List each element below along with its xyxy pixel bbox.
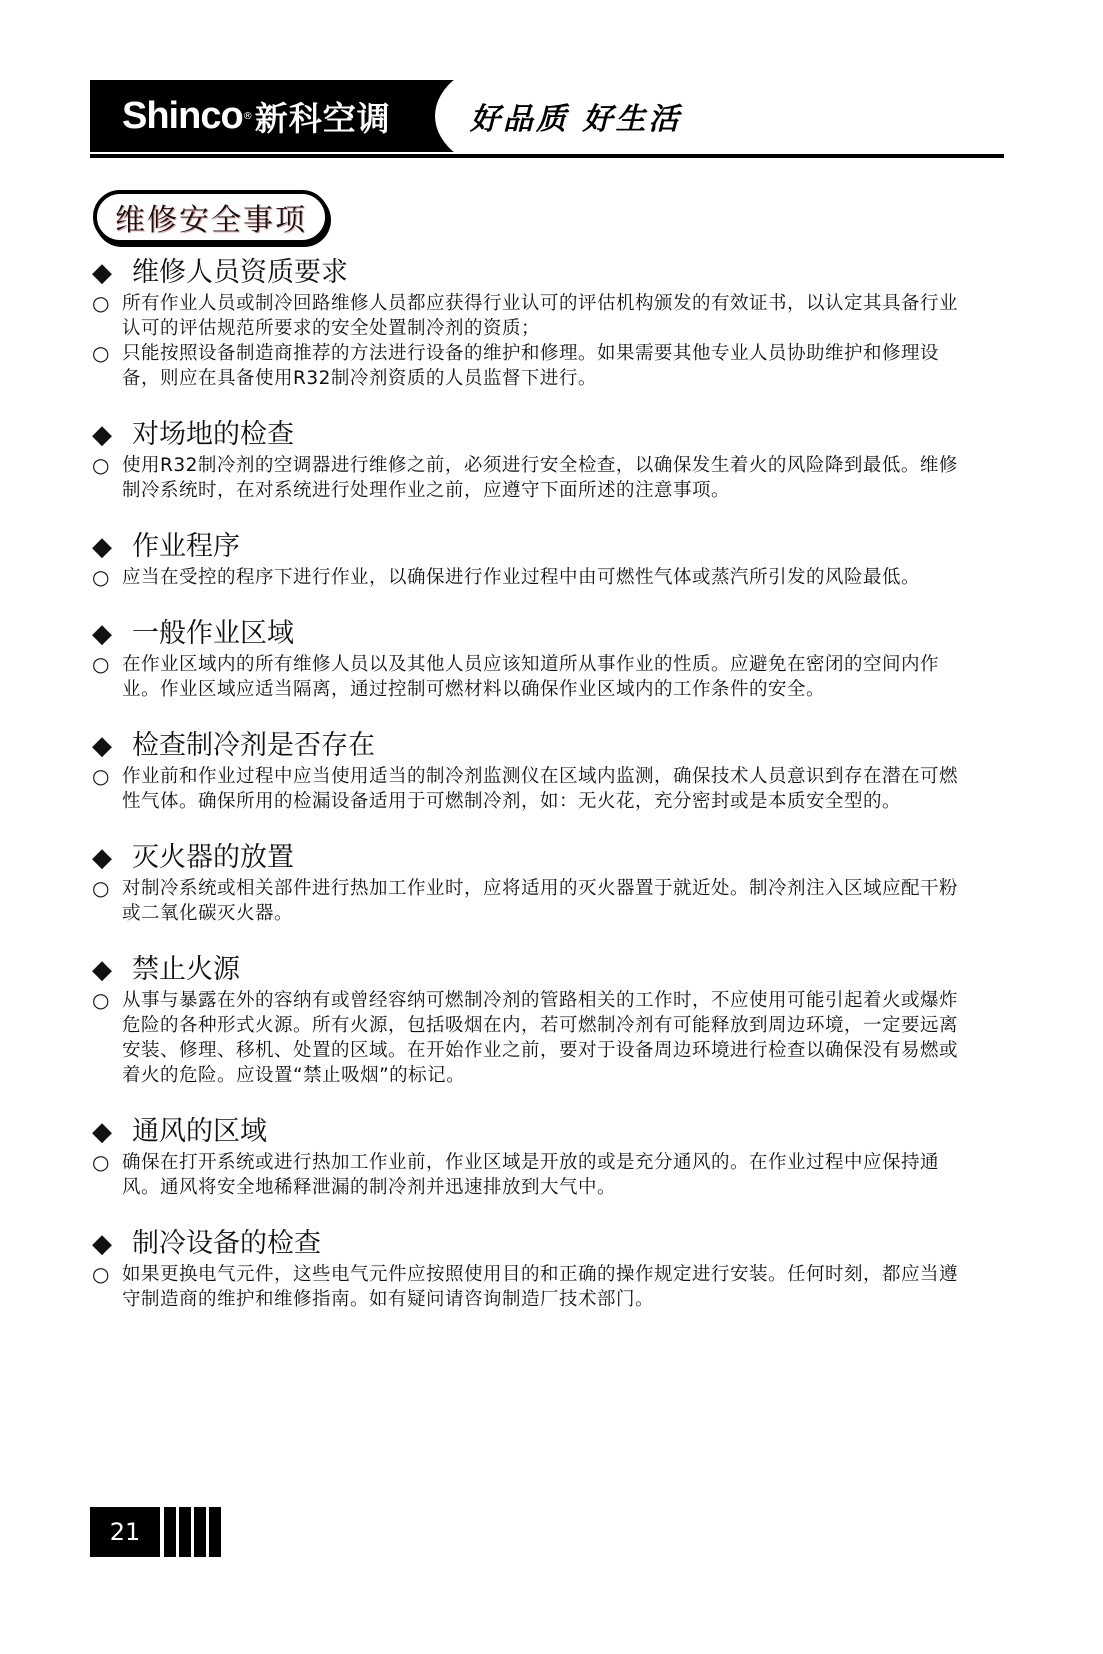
paragraph-text: 从事与暴露在外的容纳有或曾经容纳可燃制冷剂的管路相关的工作时，不应使用可能引起着… [122, 988, 972, 1088]
slogan: 好品质 好生活 [470, 94, 681, 138]
registered-mark: ® [243, 111, 253, 122]
paragraph-text: 使用R32制冷剂的空调器进行维修之前，必须进行安全检查，以确保发生着火的风险降到… [122, 453, 972, 503]
stripe [179, 1507, 191, 1557]
safety-item: ◆检查制冷剂是否存在○作业前和作业过程中应当使用适当的制冷剂监测仪在区域内监测，… [92, 728, 972, 814]
stripe [209, 1507, 221, 1557]
safety-item: ◆禁止火源○从事与暴露在外的容纳有或曾经容纳可燃制冷剂的管路相关的工作时，不应使… [92, 952, 972, 1088]
item-heading: ◆维修人员资质要求 [92, 255, 972, 291]
item-heading: ◆一般作业区域 [92, 616, 972, 652]
circle-bullet-icon: ○ [92, 652, 122, 702]
paragraph-text: 应当在受控的程序下进行作业，以确保进行作业过程中由可燃性气体或蒸汽所引发的风险最… [122, 565, 972, 590]
brand-logo: Shinco ® 新科空调 [90, 80, 445, 152]
item-paragraph: ○使用R32制冷剂的空调器进行维修之前，必须进行安全检查，以确保发生着火的风险降… [92, 453, 972, 503]
item-heading: ◆检查制冷剂是否存在 [92, 728, 972, 764]
brand-name-en: Shinco [122, 95, 243, 138]
stripe [164, 1507, 176, 1557]
page-header: Shinco ® 新科空调 好品质 好生活 [90, 80, 1004, 158]
header-divider [90, 154, 1004, 158]
item-heading: ◆禁止火源 [92, 952, 972, 988]
diamond-bullet-icon: ◆ [92, 952, 132, 988]
circle-bullet-icon: ○ [92, 988, 122, 1088]
diamond-bullet-icon: ◆ [92, 1226, 132, 1262]
footer-stripes-decoration [164, 1507, 224, 1557]
diamond-bullet-icon: ◆ [92, 1114, 132, 1150]
item-heading: ◆灭火器的放置 [92, 840, 972, 876]
safety-item: ◆维修人员资质要求○所有作业人员或制冷回路维修人员都应获得行业认可的评估机构颁发… [92, 255, 972, 391]
paragraph-text: 只能按照设备制造商推荐的方法进行设备的维护和修理。如果需要其他专业人员协助维护和… [122, 341, 972, 391]
diamond-bullet-icon: ◆ [92, 840, 132, 876]
safety-item: ◆灭火器的放置○对制冷系统或相关部件进行热加工作业时，应将适用的灭火器置于就近处… [92, 840, 972, 926]
safety-item: ◆一般作业区域○在作业区域内的所有维修人员以及其他人员应该知道所从事作业的性质。… [92, 616, 972, 702]
circle-bullet-icon: ○ [92, 291, 122, 341]
diamond-bullet-icon: ◆ [92, 255, 132, 291]
item-paragraph: ○从事与暴露在外的容纳有或曾经容纳可燃制冷剂的管路相关的工作时，不应使用可能引起… [92, 988, 972, 1088]
item-heading-text: 对场地的检查 [132, 417, 294, 453]
circle-bullet-icon: ○ [92, 1150, 122, 1200]
diamond-bullet-icon: ◆ [92, 616, 132, 652]
circle-bullet-icon: ○ [92, 876, 122, 926]
circle-bullet-icon: ○ [92, 341, 122, 391]
circle-bullet-icon: ○ [92, 453, 122, 503]
safety-item: ◆制冷设备的检查○如果更换电气元件，这些电气元件应按照使用目的和正确的操作规定进… [92, 1226, 972, 1312]
item-paragraph: ○在作业区域内的所有维修人员以及其他人员应该知道所从事作业的性质。应避免在密闭的… [92, 652, 972, 702]
item-paragraph: ○确保在打开系统或进行热加工作业前，作业区域是开放的或是充分通风的。在作业过程中… [92, 1150, 972, 1200]
circle-bullet-icon: ○ [92, 764, 122, 814]
item-heading-text: 检查制冷剂是否存在 [132, 728, 375, 764]
item-heading-text: 灭火器的放置 [132, 840, 294, 876]
paragraph-text: 作业前和作业过程中应当使用适当的制冷剂监测仪在区域内监测，确保技术人员意识到存在… [122, 764, 972, 814]
item-heading: ◆通风的区域 [92, 1114, 972, 1150]
item-paragraph: ○如果更换电气元件，这些电气元件应按照使用目的和正确的操作规定进行安装。任何时刻… [92, 1262, 972, 1312]
item-paragraph: ○应当在受控的程序下进行作业，以确保进行作业过程中由可燃性气体或蒸汽所引发的风险… [92, 565, 972, 590]
item-paragraph: ○只能按照设备制造商推荐的方法进行设备的维护和修理。如果需要其他专业人员协助维护… [92, 341, 972, 391]
item-paragraph: ○作业前和作业过程中应当使用适当的制冷剂监测仪在区域内监测，确保技术人员意识到存… [92, 764, 972, 814]
item-heading-text: 一般作业区域 [132, 616, 294, 652]
paragraph-text: 在作业区域内的所有维修人员以及其他人员应该知道所从事作业的性质。应避免在密闭的空… [122, 652, 972, 702]
item-heading-text: 通风的区域 [132, 1114, 267, 1150]
paragraph-text: 所有作业人员或制冷回路维修人员都应获得行业认可的评估机构颁发的有效证书，以认定其… [122, 291, 972, 341]
paragraph-text: 确保在打开系统或进行热加工作业前，作业区域是开放的或是充分通风的。在作业过程中应… [122, 1150, 972, 1200]
circle-bullet-icon: ○ [92, 565, 122, 590]
page-number: 21 [90, 1507, 160, 1557]
brand-name-cn: 新科空调 [255, 93, 391, 140]
paragraph-text: 如果更换电气元件，这些电气元件应按照使用目的和正确的操作规定进行安装。任何时刻，… [122, 1262, 972, 1312]
diamond-bullet-icon: ◆ [92, 529, 132, 565]
section-title-text: 维修安全事项 [115, 195, 307, 239]
section-title: 维修安全事项 [93, 190, 329, 244]
paragraph-text: 对制冷系统或相关部件进行热加工作业时，应将适用的灭火器置于就近处。制冷剂注入区域… [122, 876, 972, 926]
circle-bullet-icon: ○ [92, 1262, 122, 1312]
item-heading: ◆作业程序 [92, 529, 972, 565]
safety-item: ◆通风的区域○确保在打开系统或进行热加工作业前，作业区域是开放的或是充分通风的。… [92, 1114, 972, 1200]
safety-items-list: ◆维修人员资质要求○所有作业人员或制冷回路维修人员都应获得行业认可的评估机构颁发… [92, 255, 972, 1338]
safety-item: ◆作业程序○应当在受控的程序下进行作业，以确保进行作业过程中由可燃性气体或蒸汽所… [92, 529, 972, 590]
item-heading-text: 维修人员资质要求 [132, 255, 348, 291]
item-heading-text: 制冷设备的检查 [132, 1226, 321, 1262]
item-heading: ◆对场地的检查 [92, 417, 972, 453]
diamond-bullet-icon: ◆ [92, 417, 132, 453]
page-footer: 21 [90, 1507, 224, 1557]
stripe [194, 1507, 206, 1557]
diamond-bullet-icon: ◆ [92, 728, 132, 764]
item-heading: ◆制冷设备的检查 [92, 1226, 972, 1262]
safety-item: ◆对场地的检查○使用R32制冷剂的空调器进行维修之前，必须进行安全检查，以确保发… [92, 417, 972, 503]
item-paragraph: ○对制冷系统或相关部件进行热加工作业时，应将适用的灭火器置于就近处。制冷剂注入区… [92, 876, 972, 926]
item-heading-text: 禁止火源 [132, 952, 240, 988]
item-paragraph: ○所有作业人员或制冷回路维修人员都应获得行业认可的评估机构颁发的有效证书，以认定… [92, 291, 972, 341]
item-heading-text: 作业程序 [132, 529, 240, 565]
